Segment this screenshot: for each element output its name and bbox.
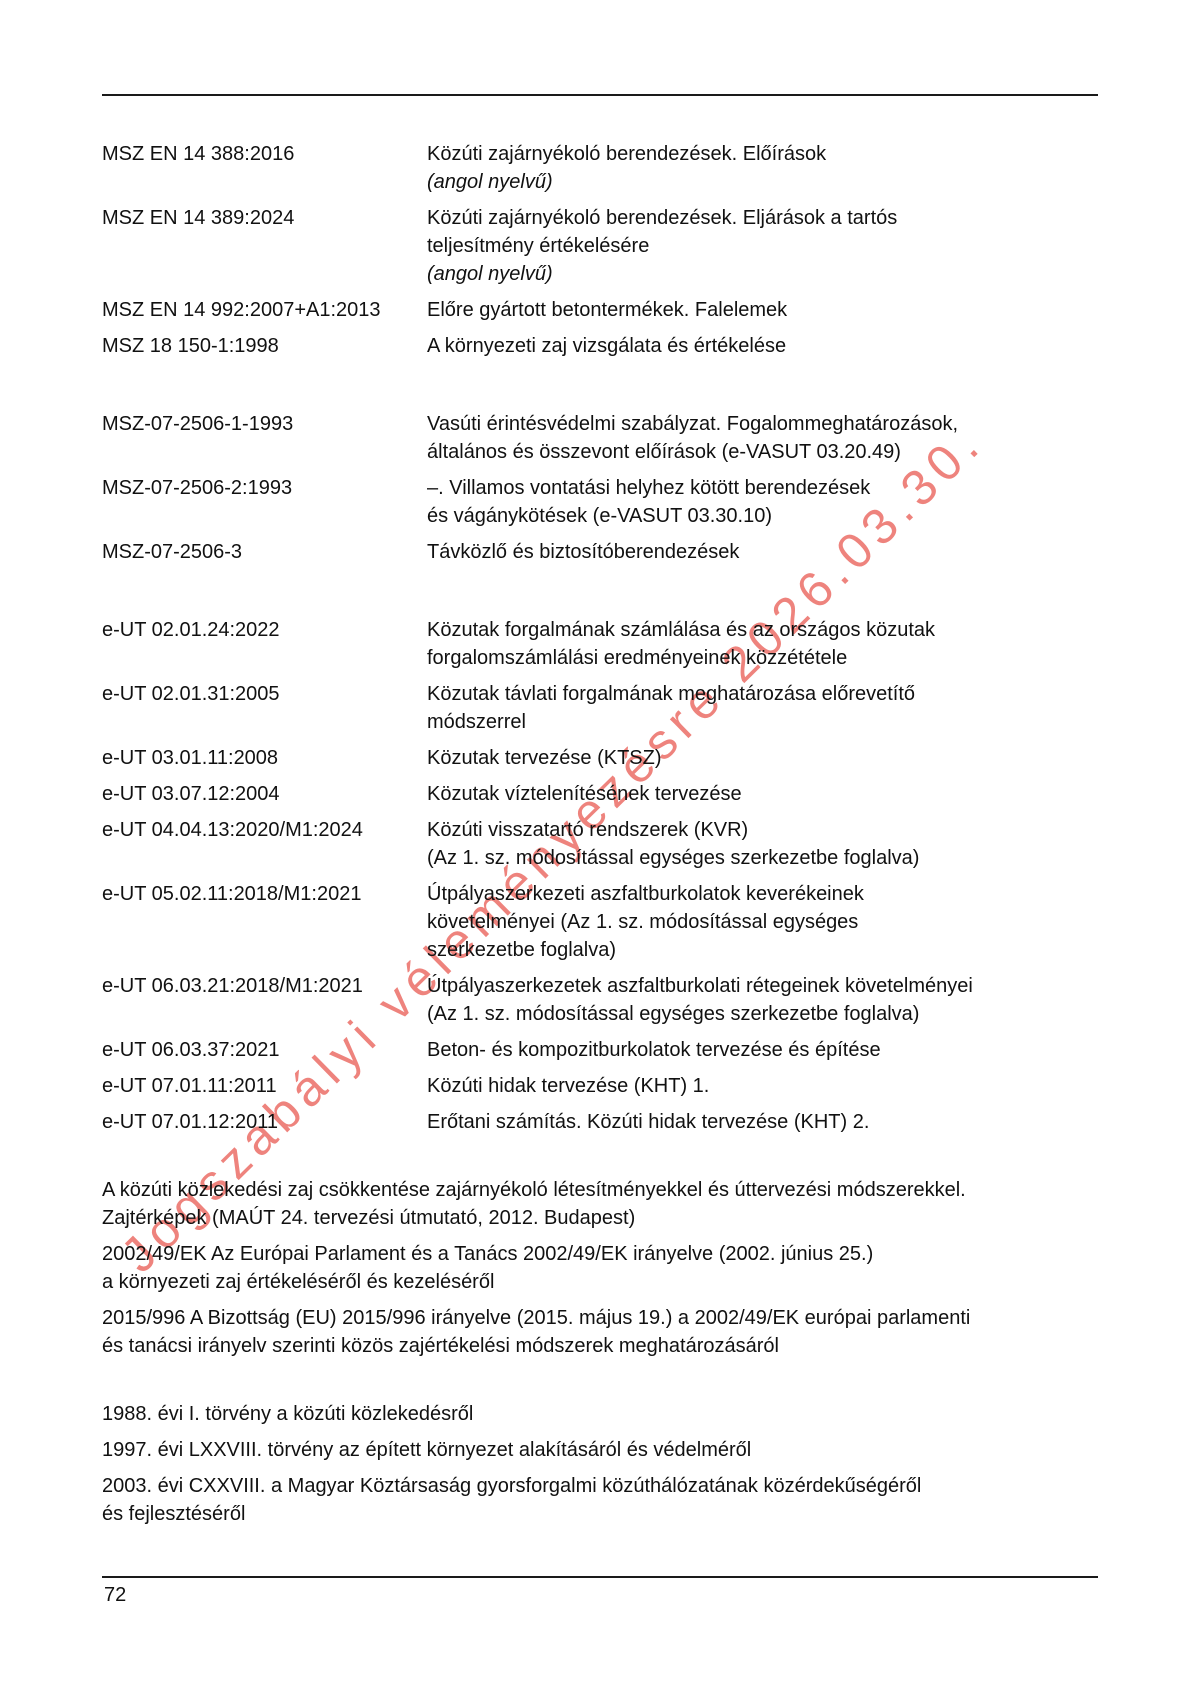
group-gap: [102, 574, 1099, 616]
standard-description-line: Előre gyártott betontermékek. Falelemek: [427, 296, 1099, 324]
standard-row: e-UT 07.01.11:2011 Közúti hidak tervezés…: [102, 1072, 1099, 1100]
group-gap: [102, 368, 1099, 410]
standard-description: Közúti visszatartó rendszerek (KVR) (Az …: [427, 816, 1099, 872]
standard-description: Közúti zajárnyékoló berendezések. Előírá…: [427, 140, 1099, 196]
standard-code: e-UT 06.03.21:2018/M1:2021: [102, 972, 427, 1028]
standard-description-line: Közúti zajárnyékoló berendezések. Előírá…: [427, 140, 1099, 168]
page-content: MSZ EN 14 388:2016 Közúti zajárnyékoló b…: [102, 140, 1099, 1536]
standard-code: e-UT 02.01.31:2005: [102, 680, 427, 736]
standard-row: MSZ EN 14 388:2016 Közúti zajárnyékoló b…: [102, 140, 1099, 196]
reference-paragraph: 2015/996 A Bizottság (EU) 2015/996 irány…: [102, 1304, 1099, 1360]
standard-description-line: szerkezetbe foglalva): [427, 936, 1099, 964]
standard-row: MSZ 18 150-1:1998 A környezeti zaj vizsg…: [102, 332, 1099, 360]
standard-description-line: módszerrel: [427, 708, 1099, 736]
standard-description: –. Villamos vontatási helyhez kötött ber…: [427, 474, 1099, 530]
document-page: Jogszabályi véleményezésre 2026.03.30. M…: [0, 0, 1191, 1684]
standard-description-line: A környezeti zaj vizsgálata és értékelés…: [427, 332, 1099, 360]
standard-row: e-UT 06.03.37:2021 Beton- és kompozitbur…: [102, 1036, 1099, 1064]
standard-code: MSZ-07-2506-2:1993: [102, 474, 427, 530]
standard-description: Közúti zajárnyékoló berendezések. Eljárá…: [427, 204, 1099, 288]
standard-description: Útpályaszerkezeti aszfaltburkolatok keve…: [427, 880, 1099, 964]
standard-description-line: forgalomszámlálási eredményeinek közzété…: [427, 644, 1099, 672]
standard-description: Távközlő és biztosítóberendezések: [427, 538, 1099, 566]
standard-description: Közutak víztelenítésének tervezése: [427, 780, 1099, 808]
paragraph-line: A közúti közlekedési zaj csökkentése zaj…: [102, 1176, 1099, 1204]
standard-description-line: (Az 1. sz. módosítással egységes szerkez…: [427, 1000, 1099, 1028]
standard-code: e-UT 07.01.11:2011: [102, 1072, 427, 1100]
standard-description-line: követelményei (Az 1. sz. módosítással eg…: [427, 908, 1099, 936]
paragraph-line: 1997. évi LXXVIII. törvény az épített kö…: [102, 1436, 1099, 1464]
paragraph-line: és tanácsi irányelv szerinti közös zajér…: [102, 1332, 1099, 1360]
standard-code: MSZ-07-2506-1-1993: [102, 410, 427, 466]
standard-description-line: Távközlő és biztosítóberendezések: [427, 538, 1099, 566]
standard-description-line: Erőtani számítás. Közúti hidak tervezése…: [427, 1108, 1099, 1136]
standard-description: Közutak távlati forgalmának meghatározás…: [427, 680, 1099, 736]
standard-code: e-UT 05.02.11:2018/M1:2021: [102, 880, 427, 964]
standard-description-line: –. Villamos vontatási helyhez kötött ber…: [427, 474, 1099, 502]
standard-code: e-UT 06.03.37:2021: [102, 1036, 427, 1064]
standard-description-line: Közúti zajárnyékoló berendezések. Eljárá…: [427, 204, 1099, 232]
standard-description-line: (Az 1. sz. módosítással egységes szerkez…: [427, 844, 1099, 872]
paragraph-line: 2002/49/EK Az Európai Parlament és a Tan…: [102, 1240, 1099, 1268]
standard-description-line: Közúti hidak tervezése (KHT) 1.: [427, 1072, 1099, 1100]
standard-language-note: (angol nyelvű): [427, 260, 1099, 288]
standard-row: e-UT 05.02.11:2018/M1:2021 Útpályaszerke…: [102, 880, 1099, 964]
standard-description: Beton- és kompozitburkolatok tervezése é…: [427, 1036, 1099, 1064]
standard-description-line: Vasúti érintésvédelmi szabályzat. Fogalo…: [427, 410, 1099, 438]
standard-description-line: Közúti visszatartó rendszerek (KVR): [427, 816, 1099, 844]
standard-description: Útpályaszerkezetek aszfaltburkolati réte…: [427, 972, 1099, 1028]
standard-description: Vasúti érintésvédelmi szabályzat. Fogalo…: [427, 410, 1099, 466]
standard-code: MSZ-07-2506-3: [102, 538, 427, 566]
law-paragraph: 1997. évi LXXVIII. törvény az épített kö…: [102, 1436, 1099, 1464]
standard-row: e-UT 02.01.31:2005 Közutak távlati forga…: [102, 680, 1099, 736]
standard-description: Előre gyártott betontermékek. Falelemek: [427, 296, 1099, 324]
paragraph-line: 2015/996 A Bizottság (EU) 2015/996 irány…: [102, 1304, 1099, 1332]
standard-code: e-UT 03.01.11:2008: [102, 744, 427, 772]
standard-code: e-UT 04.04.13:2020/M1:2024: [102, 816, 427, 872]
standard-code: MSZ 18 150-1:1998: [102, 332, 427, 360]
standard-description-line: Közutak tervezése (KTSZ): [427, 744, 1099, 772]
law-paragraph: 1988. évi I. törvény a közúti közlekedés…: [102, 1400, 1099, 1428]
standard-code: MSZ EN 14 389:2024: [102, 204, 427, 288]
standard-description-line: Közutak távlati forgalmának meghatározás…: [427, 680, 1099, 708]
standard-description-line: Útpályaszerkezetek aszfaltburkolati réte…: [427, 972, 1099, 1000]
standard-description-line: Beton- és kompozitburkolatok tervezése é…: [427, 1036, 1099, 1064]
standard-row: MSZ EN 14 389:2024 Közúti zajárnyékoló b…: [102, 204, 1099, 288]
standard-code: MSZ EN 14 992:2007+A1:2013: [102, 296, 427, 324]
standard-language-note: (angol nyelvű): [427, 168, 1099, 196]
standard-row: MSZ-07-2506-2:1993 –. Villamos vontatási…: [102, 474, 1099, 530]
standard-code: MSZ EN 14 388:2016: [102, 140, 427, 196]
section-gap: [102, 1144, 1099, 1176]
standard-row: MSZ-07-2506-1-1993 Vasúti érintésvédelmi…: [102, 410, 1099, 466]
page-number: 72: [104, 1583, 126, 1607]
paragraph-line: és fejlesztéséről: [102, 1500, 1099, 1528]
paragraph-line: 1988. évi I. törvény a közúti közlekedés…: [102, 1400, 1099, 1428]
standard-description-line: Közutak forgalmának számlálása és az ors…: [427, 616, 1099, 644]
standard-row: MSZ-07-2506-3 Távközlő és biztosítóberen…: [102, 538, 1099, 566]
standard-description: Közúti hidak tervezése (KHT) 1.: [427, 1072, 1099, 1100]
standard-description-line: általános és összevont előírások (e-VASU…: [427, 438, 1099, 466]
top-rule: [102, 94, 1098, 96]
law-paragraph: 2003. évi CXXVIII. a Magyar Köztársaság …: [102, 1472, 1099, 1528]
standard-row: e-UT 07.01.12:2011 Erőtani számítás. Köz…: [102, 1108, 1099, 1136]
standard-description: Erőtani számítás. Közúti hidak tervezése…: [427, 1108, 1099, 1136]
standard-row: e-UT 06.03.21:2018/M1:2021 Útpályaszerke…: [102, 972, 1099, 1028]
standard-row: e-UT 03.07.12:2004 Közutak víztelenítésé…: [102, 780, 1099, 808]
paragraph-line: Zajtérképek (MAÚT 24. tervezési útmutató…: [102, 1204, 1099, 1232]
standard-description-line: teljesítmény értékelésére: [427, 232, 1099, 260]
section-gap: [102, 1368, 1099, 1400]
standard-row: MSZ EN 14 992:2007+A1:2013 Előre gyártot…: [102, 296, 1099, 324]
reference-paragraph: 2002/49/EK Az Európai Parlament és a Tan…: [102, 1240, 1099, 1296]
standard-code: e-UT 02.01.24:2022: [102, 616, 427, 672]
paragraph-line: a környezeti zaj értékeléséről és kezelé…: [102, 1268, 1099, 1296]
bottom-rule: [102, 1576, 1098, 1578]
reference-paragraph: A közúti közlekedési zaj csökkentése zaj…: [102, 1176, 1099, 1232]
standard-description: A környezeti zaj vizsgálata és értékelés…: [427, 332, 1099, 360]
standard-description: Közutak forgalmának számlálása és az ors…: [427, 616, 1099, 672]
standard-description: Közutak tervezése (KTSZ): [427, 744, 1099, 772]
standard-row: e-UT 03.01.11:2008 Közutak tervezése (KT…: [102, 744, 1099, 772]
standard-description-line: Útpályaszerkezeti aszfaltburkolatok keve…: [427, 880, 1099, 908]
standard-code: e-UT 03.07.12:2004: [102, 780, 427, 808]
standard-description-line: és vágánykötések (e-VASUT 03.30.10): [427, 502, 1099, 530]
standard-row: e-UT 02.01.24:2022 Közutak forgalmának s…: [102, 616, 1099, 672]
standard-code: e-UT 07.01.12:2011: [102, 1108, 427, 1136]
paragraph-line: 2003. évi CXXVIII. a Magyar Köztársaság …: [102, 1472, 1099, 1500]
standard-row: e-UT 04.04.13:2020/M1:2024 Közúti vissza…: [102, 816, 1099, 872]
standard-description-line: Közutak víztelenítésének tervezése: [427, 780, 1099, 808]
